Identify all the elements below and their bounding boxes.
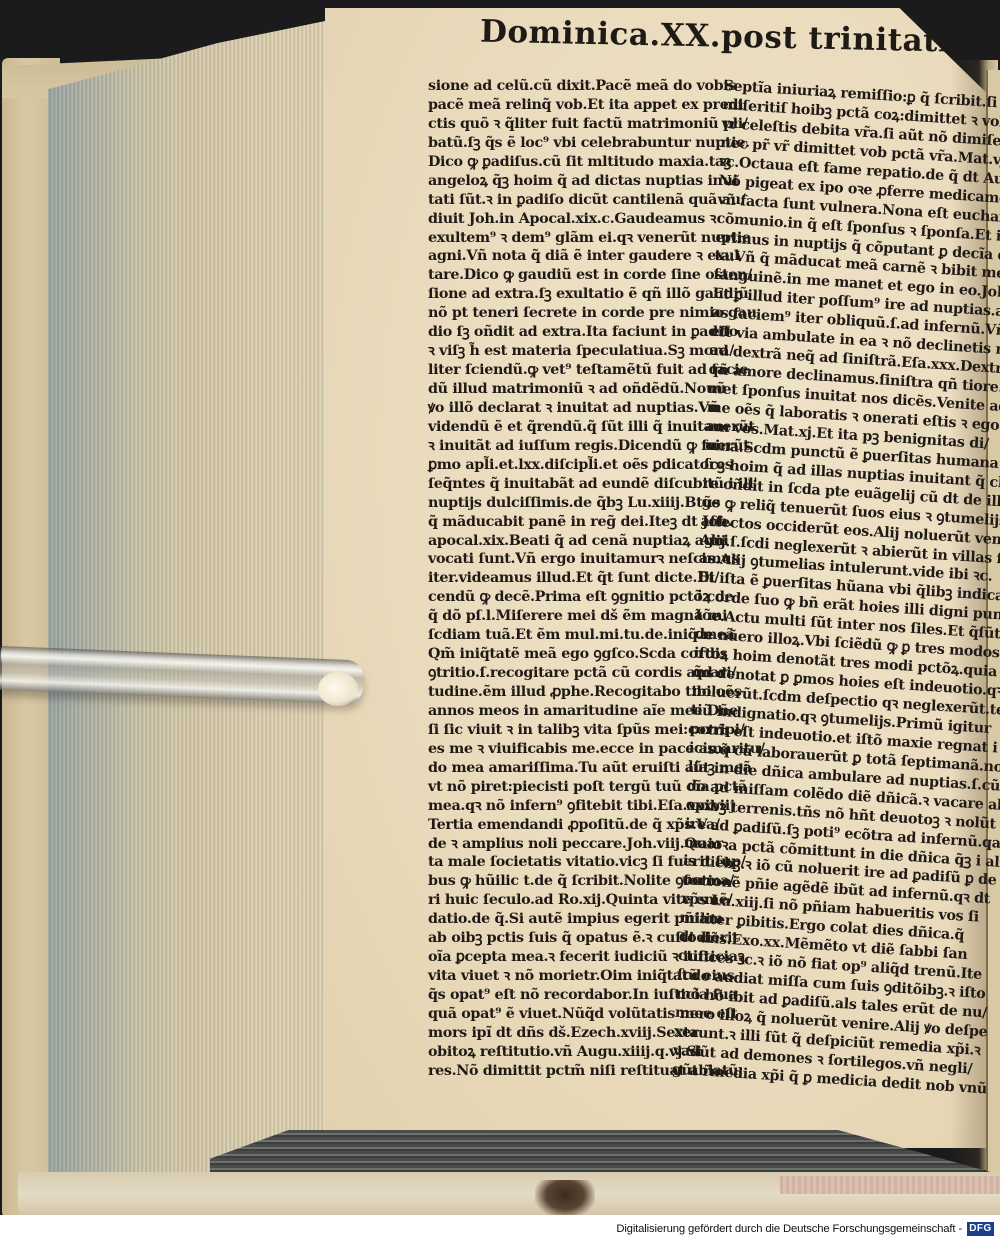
text-line: oĩa ꝑcepta mea.ꝛ fecerit iudiciũ ꝛ iuſti… (428, 948, 718, 967)
text-line: ſcdiam tuã.Et ẽm mul.mi.tu.de.iniq̃.meã (428, 626, 718, 645)
text-line: ꝯtritio.ſ.recogitare pctã cũ cordis amar… (428, 664, 718, 683)
text-line: q̃ dõ pſ.l.Miſerere mei dš ẽm magnã mi (428, 607, 718, 626)
text-column-right: Septĩa iniuriaꝝ remiſſio:ꝑ q̃ ſcribit.ſi… (671, 77, 978, 1095)
text-line: de ꝛ amplius noli peccare.Joh.viij.Quar (428, 835, 718, 854)
text-line: ſi ſic viuit ꝛ in talibꝫ vita ſpũs mei:c… (428, 721, 718, 740)
text-line: iter.videamus illud.Et q̃t ſunt dicte.Di… (428, 569, 718, 588)
text-line: pacẽ meã relinq̃ vob.Et ita appet ex pre… (428, 96, 718, 115)
text-line: annos meos in amaritudine aĩe mee.Dñe (428, 702, 718, 721)
cover-decorative-band (780, 1176, 1000, 1194)
text-line: vita viuet ꝛ nõ morietr.Oim iniq̃tatũ ei… (428, 967, 718, 986)
text-line: batũ.ſꝫ q̃s ẽ loc⁹ vbi celebrabuntur nup… (428, 134, 718, 153)
text-line: ctis quõ ꝛ q̃liter fuit factũ matrimoniũ… (428, 115, 718, 134)
glass-rod-tip-highlight (318, 672, 358, 706)
text-line: bus ꝙ hũilic t.de q̃ ſcribit.Nolite ꝯfor… (428, 872, 718, 891)
text-line: q̃ mãducabit panẽ in reg̃ dei.Iteꝫ dt Jo… (428, 513, 718, 532)
book-scan: Dominica.XX.post trinitatis sione ad cel… (0, 0, 1000, 1215)
text-line: ſione ad extra.ſꝫ exultatio ẽ qñ illõ ga… (428, 285, 718, 304)
text-line: mea.qꝛ nõ infern⁹ ꝯfitebit tibi.Eſa.xxxv… (428, 797, 718, 816)
text-line: exultem⁹ ꝛ dem⁹ glãm ei.qꝛ venerũt nupti… (428, 229, 718, 248)
text-line: angeloꝝ q̃ꝫ hoim q̃ ad dictas nuptias in… (428, 172, 718, 191)
text-line: apocal.xix.Beati q̃ ad cenã nuptiaꝝ agni (428, 532, 718, 551)
page-block-shadow (48, 20, 138, 1175)
text-line: es me ꝛ viuificabis me.ecce in pace amar… (428, 740, 718, 759)
text-line: tare.Dico ꝙ gaudiũ est in corde ſine ost… (428, 266, 718, 285)
text-line: diuit Joh.in Apocal.xix.c.Gaudeamus ꝛ (428, 210, 718, 229)
text-line: liter ſciendũ.ꝙ vet⁹ teſtamẽtũ fuit ad f… (428, 361, 718, 380)
text-line: dio ſꝫ oñdit ad extra.Ita faciunt in ꝑad… (428, 323, 718, 342)
text-line: ꝑmo apl̃i.et.lxx.diſcipl̃i.et oẽs ꝑdicat… (428, 456, 718, 475)
text-line: agni.Vñ nota q̃ diã ẽ inter gaudere ꝛ ex… (428, 247, 718, 266)
text-line: ri huic ſeculo.ad Ro.xij.Quinta vite emẽ… (428, 891, 718, 910)
text-line: Qm̃ iniq̃tatẽ meã ego ꝯgſco.Scda cordis (428, 645, 718, 664)
text-line: ꝛ inuitãt ad iuſſum regis.Dicendũ ꝙ fuer… (428, 437, 718, 456)
text-line: ſeq̃ntes q̃ inuitabãt ad eundẽ diſcubitũ… (428, 475, 718, 494)
text-line: Tertia emendandi ꝓpoſitũ.de q̃ xp̃s.Va/ (428, 816, 718, 835)
text-line: vt nõ piret:piecisti poſt tergũ tuũ oĩa … (428, 778, 718, 797)
text-line: do mea amariſſima.Tu aũt eruiſti aiaꝫ me… (428, 759, 718, 778)
text-line: ꝛ viſꝫ h̃ est materia ſpeculatiua.Sꝫ mor… (428, 342, 718, 361)
text-line: Dico ꝙ ꝑadiſus.cũ ſit mltitudo maxia.taꝫ (428, 153, 718, 172)
text-line: vocati ſunt.Vñ ergo inuitamurꝛ neſcimus (428, 550, 718, 569)
text-column-left: sione ad celũ.cũ dixit.Pacẽ meã do vobis… (428, 77, 718, 1081)
funding-credit-text: Digitalisierung gefördert durch die Deut… (616, 1223, 962, 1235)
dfg-logo-icon: DFG (967, 1222, 994, 1236)
text-line: ta male ſocietatis vitatio.vicꝫ ſi fueri… (428, 853, 718, 872)
text-line: nõ pt teneri ſecrete in corde pre nimio … (428, 304, 718, 323)
text-line: cendũ ꝙ decẽ.Prima eſt ꝯgnitio pctõꝝ de (428, 588, 718, 607)
text-line: sione ad celũ.cũ dixit.Pacẽ meã do vobis (428, 77, 718, 96)
text-line: datio.de q̃.Si autẽ impius egerit pñiam (428, 910, 718, 929)
attribution-footer: Digitalisierung gefördert durch die Deut… (0, 1215, 1000, 1242)
text-line: nuptijs dulciſſimis.de q̃bꝫ Lu.xiiij.Btũ… (428, 494, 718, 513)
text-line: tudine.ẽm illud ꝓphe.Recogitabo tibi oẽs (428, 683, 718, 702)
cover-stain (535, 1180, 595, 1215)
text-line: videndũ ẽ et q̃rendũ.q̃ ſũt illi q̃ inui… (428, 418, 718, 437)
text-line: ab oibꝫ pctis ſuis q̃ opatus ẽ.ꝛ cuſtodi… (428, 929, 718, 948)
text-line: tati ſũt.ꝛ in ꝑadiſo dicũt cantilenã quã… (428, 191, 718, 210)
text-line: ꝟo illõ declarat ꝛ inuitat ad nuptias.Vñ (428, 399, 718, 418)
text-line: dũ illud matrimoniũ ꝛ ad oñdẽdũ.Nouũ (428, 380, 718, 399)
